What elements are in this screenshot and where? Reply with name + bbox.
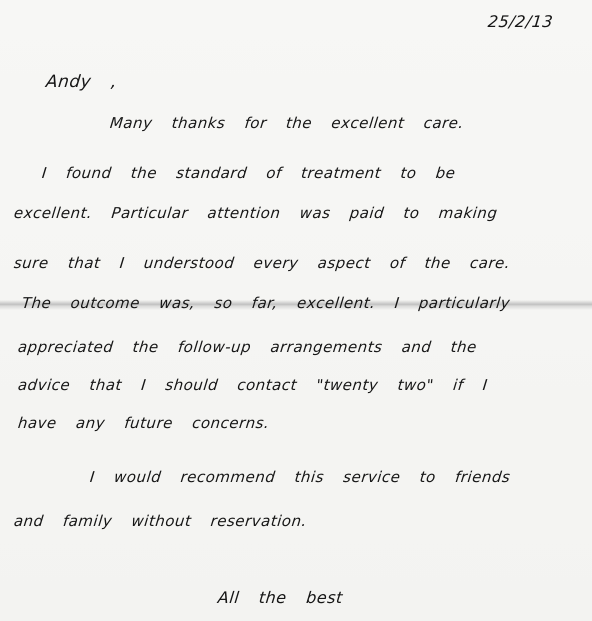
letter-date: 25/2/13 <box>487 12 554 31</box>
letter-closing: All the best <box>217 588 344 607</box>
letter-line-5: The outcome was, so far, excellent. I pa… <box>21 294 511 312</box>
letter-paper: 25/2/13 Andy , Many thanks for the excel… <box>0 0 592 621</box>
letter-line-7: advice that I should contact "twenty two… <box>17 376 489 394</box>
letter-line-4: sure that I understood every aspect of t… <box>13 254 511 272</box>
letter-line-6: appreciated the follow-up arrangements a… <box>17 338 478 356</box>
letter-line-1: Many thanks for the excellent care. <box>109 114 465 132</box>
letter-line-8: have any future concerns. <box>17 414 270 432</box>
letter-line-10: and family without reservation. <box>13 512 308 530</box>
letter-line-3: excellent. Particular attention was paid… <box>13 204 498 222</box>
letter-salutation: Andy , <box>45 72 118 92</box>
letter-line-9: I would recommend this service to friend… <box>89 468 511 486</box>
letter-line-2: I found the standard of treatment to be <box>41 164 456 182</box>
